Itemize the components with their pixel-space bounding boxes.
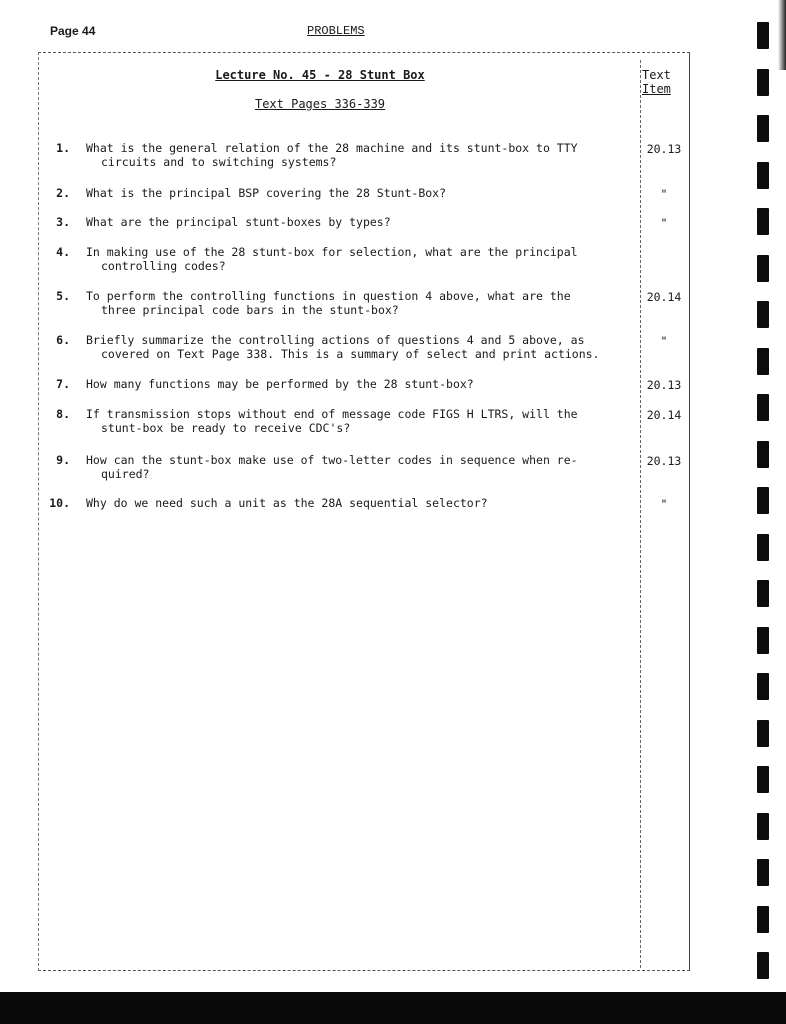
question-text: To perform the controlling functions in …: [86, 290, 634, 317]
text-item-ref: 20.14: [642, 408, 686, 422]
question-text: What is the general relation of the 28 m…: [86, 142, 634, 169]
question-number: 2.: [44, 187, 70, 201]
question-line2: controlling codes?: [86, 260, 634, 274]
binder-hole: [757, 859, 769, 886]
question-line1: To perform the controlling functions in …: [86, 289, 571, 303]
question-item: 1.What is the general relation of the 28…: [44, 142, 634, 169]
binder-hole: [757, 580, 769, 607]
text-item-ref: 20.13: [642, 142, 686, 156]
column-divider: [640, 60, 641, 968]
question-text: Why do we need such a unit as the 28A se…: [86, 497, 634, 511]
text-item-ref: 20.13: [642, 378, 686, 392]
question-line1: If transmission stops without end of mes…: [86, 407, 578, 421]
question-text: In making use of the 28 stunt-box for se…: [86, 246, 634, 273]
question-item: 3.What are the principal stunt-boxes by …: [44, 216, 634, 230]
text-item-ref: 20.13: [642, 454, 686, 468]
text-item-column-header: Text Item: [642, 68, 671, 96]
question-line1: Briefly summarize the controlling action…: [86, 333, 585, 347]
question-number: 9.: [44, 454, 70, 468]
question-item: 6.Briefly summarize the controlling acti…: [44, 334, 634, 361]
page-number: Page 44: [50, 24, 95, 38]
question-number: 7.: [44, 378, 70, 392]
question-item: 5.To perform the controlling functions i…: [44, 290, 634, 317]
binder-hole: [757, 813, 769, 840]
question-number: 10.: [44, 497, 70, 511]
question-line2: three principal code bars in the stunt-b…: [86, 304, 634, 318]
question-item: 4.In making use of the 28 stunt-box for …: [44, 246, 634, 273]
question-text: What are the principal stunt-boxes by ty…: [86, 216, 634, 230]
binder-hole: [757, 394, 769, 421]
text-item-ref: ": [642, 497, 686, 511]
binder-hole: [757, 720, 769, 747]
question-number: 1.: [44, 142, 70, 156]
question-item: 8.If transmission stops without end of m…: [44, 408, 634, 435]
question-line1: How can the stunt-box make use of two-le…: [86, 453, 578, 467]
question-item: 10.Why do we need such a unit as the 28A…: [44, 497, 634, 511]
question-line1: How many functions may be performed by t…: [86, 377, 474, 391]
binder-hole: [757, 487, 769, 514]
question-item: 2.What is the principal BSP covering the…: [44, 187, 634, 201]
binder-hole: [757, 627, 769, 654]
binder-hole: [757, 952, 769, 979]
binder-hole: [757, 348, 769, 375]
question-item: 7.How many functions may be performed by…: [44, 378, 634, 392]
question-text: If transmission stops without end of mes…: [86, 408, 634, 435]
question-line1: In making use of the 28 stunt-box for se…: [86, 245, 578, 259]
binder-hole: [757, 534, 769, 561]
question-line1: Why do we need such a unit as the 28A se…: [86, 496, 488, 510]
binder-hole: [757, 69, 769, 96]
question-line1: What is the general relation of the 28 m…: [86, 141, 578, 155]
question-number: 5.: [44, 290, 70, 304]
binder-hole: [757, 22, 769, 49]
col-head-line2: Item: [642, 82, 671, 96]
binder-hole: [757, 115, 769, 142]
question-line2: circuits and to switching systems?: [86, 156, 634, 170]
binder-hole: [757, 255, 769, 282]
binder-hole: [757, 906, 769, 933]
text-item-ref: ": [642, 334, 686, 348]
text-item-ref: ": [642, 216, 686, 230]
question-text: How many functions may be performed by t…: [86, 378, 634, 392]
question-text: How can the stunt-box make use of two-le…: [86, 454, 634, 481]
question-number: 3.: [44, 216, 70, 230]
binder-hole: [757, 162, 769, 189]
section-title: PROBLEMS: [307, 24, 365, 38]
text-pages: Text Pages 336-339: [0, 97, 640, 111]
question-line1: What are the principal stunt-boxes by ty…: [86, 215, 391, 229]
question-number: 4.: [44, 246, 70, 260]
question-number: 6.: [44, 334, 70, 348]
text-item-ref: 20.14: [642, 290, 686, 304]
question-item: 9.How can the stunt-box make use of two-…: [44, 454, 634, 481]
binder-hole: [757, 441, 769, 468]
col-head-line1: Text: [642, 68, 671, 82]
question-text: What is the principal BSP covering the 2…: [86, 187, 634, 201]
question-line1: What is the principal BSP covering the 2…: [86, 186, 446, 200]
scan-bottom-edge: [0, 992, 786, 1024]
question-line2: quired?: [86, 468, 634, 482]
binder-hole: [757, 301, 769, 328]
text-item-ref: ": [642, 187, 686, 201]
page-spine-shadow: [778, 0, 786, 70]
question-line2: covered on Text Page 338. This is a summ…: [86, 348, 634, 362]
question-line2: stunt-box be ready to receive CDC's?: [86, 422, 634, 436]
binder-hole: [757, 766, 769, 793]
binder-hole: [757, 673, 769, 700]
lecture-title: Lecture No. 45 - 28 Stunt Box: [0, 68, 640, 82]
question-number: 8.: [44, 408, 70, 422]
binder-hole: [757, 208, 769, 235]
question-text: Briefly summarize the controlling action…: [86, 334, 634, 361]
